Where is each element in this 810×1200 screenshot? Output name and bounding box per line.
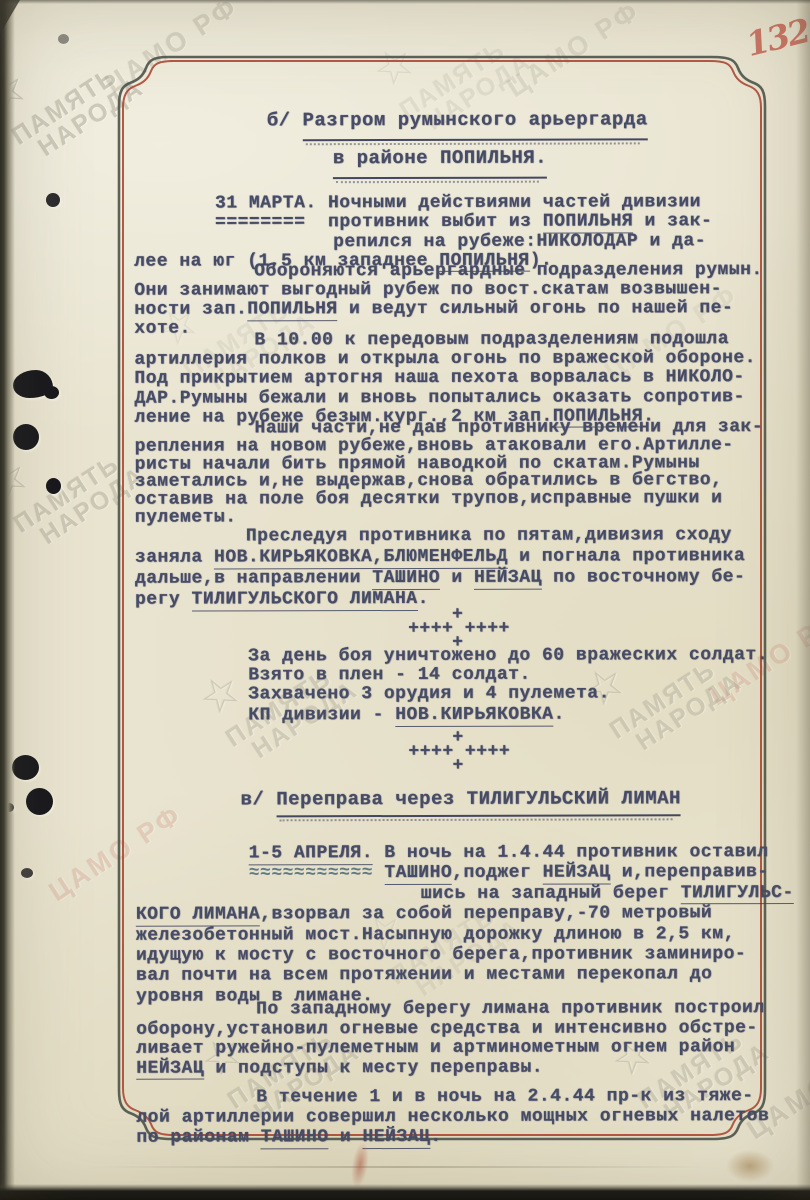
text-line: 1-5 АПРЕЛЯ. В ночь на 1.4.44 противник о…: [249, 842, 810, 864]
para-rearguard-defense: Обороняются арьергардные подразделения р…: [0, 261, 809, 339]
typewritten-text: б/ Разгром румынского арьергардав районе…: [0, 0, 810, 1200]
underlined-place-name: ТИЛИГУЛЬС-: [681, 883, 794, 905]
underlined-place-name: НОВ.КИРЬЯКОВКА,БЛЮМЕНФЕЛЬД: [214, 547, 508, 569]
text-segment: ДАР.Румыны бежали и вновь попытались ока…: [134, 387, 744, 409]
text-segment: и подступы к месту переправы.: [204, 1057, 543, 1078]
text-segment: и зак-: [633, 211, 712, 231]
scan-edge-right: [796, 0, 810, 1200]
text-segment: ,взорвал за собой переправу,-70 метровый: [260, 903, 712, 924]
punch-hole: [13, 424, 39, 450]
text-segment: КП дивизии -: [248, 705, 395, 725]
text-segment: За день боя уничтожено до 60 вражеских с…: [248, 645, 768, 666]
text-segment: б/: [267, 109, 303, 131]
text-line: ++++ ++++: [408, 621, 810, 636]
text-segment: ========: [215, 213, 305, 233]
text-line: в/ Переправа через ТИЛИГУЛЬСКИЙ ЛИМАН: [240, 783, 810, 817]
punch-hole: [46, 193, 60, 207]
text-segment: Взято в плен - 14 солдат.: [248, 665, 531, 686]
underlined-place-name: ТАШИНО: [384, 863, 452, 885]
text-segment: В течение 1 и в ночь на 2.4.44 пр-к из т…: [256, 1086, 753, 1107]
punch-hole: [46, 478, 61, 494]
text-line: ≈≈≈≈≈≈≈≈≈≈≈ ТАШИНО,поджег НЕЙЗАЦ и,переп…: [249, 862, 810, 884]
underlined-place-name: ПОПИЛЬНЯ: [247, 299, 337, 321]
text-line: шись на западный берег ТИЛИГУЛЬС-: [421, 883, 810, 904]
text-segment: репился на рубеже:НИКОЛОДАР и да-: [333, 231, 706, 252]
text-segment: .: [430, 1127, 441, 1147]
document-page: ЦАМО РФ☆ПАМЯТЬНАРОДА☆ПАМЯТЬНАРОДАЦАМО РФ…: [0, 0, 810, 1200]
text-segment: Разгром румынского арьергарда: [302, 102, 647, 141]
underlined-place-name: НОВ.КИРЬЯКОВКА: [395, 705, 553, 727]
text-line: дальше,в направлении ТАШИНО и НЕЙЗАЦ по …: [135, 567, 810, 590]
text-line: КОГО ЛИМАНА,взорвал за собой переправу,-…: [136, 903, 810, 925]
text-segment: вал почти на всем протяжении и местами п…: [136, 965, 712, 987]
text-segment: 31 МАРТА.: [215, 193, 317, 213]
text-segment: В 10.00 к передовым подразделениям подош…: [254, 329, 729, 350]
text-segment: В ночь на 1.4.44 противник оставил: [373, 842, 769, 863]
text-segment: .: [553, 705, 564, 725]
text-line: репился на рубеже:НИКОЛОДАР и да-: [333, 232, 809, 253]
text-segment: и ведут сильный огонь по нашей пе-: [338, 298, 734, 319]
text-segment: и: [440, 568, 474, 588]
punch-hole: [12, 755, 39, 780]
text-line: НЕЙЗАЦ и подступы к месту переправы.: [136, 1058, 810, 1079]
para-renewed-attack: Наши части,не дав противнику времени для…: [0, 419, 810, 528]
text-segment: и погнала противника: [508, 546, 745, 567]
underlined-place-name: ТАШИНО: [261, 1127, 329, 1149]
text-segment: идущую к мосту с восточного берега,проти…: [136, 944, 746, 966]
text-line: Взято в плен - 14 солдат.: [248, 665, 810, 685]
underlined-place-name: ТАШИНО: [372, 568, 440, 590]
underlined-place-name: НЕЙЗАЦ: [362, 1127, 430, 1149]
text-line: идущую к мосту с восточного берега,проти…: [136, 944, 810, 966]
text-segment: лой артиллерии совершил несколько мощных…: [136, 1106, 769, 1128]
text-segment: и,переправив-: [610, 862, 768, 882]
text-segment: Под прикрытием артогня наша пехота ворва…: [134, 368, 744, 390]
para-artillery-assault: В 10.00 к передовым подразделениям подош…: [0, 330, 810, 428]
text-line: Преследуя противника по пятам,дивизия сх…: [246, 525, 810, 547]
text-line: б/ Разгром румынского арьергарда: [267, 102, 809, 141]
text-segment: противник выбит из: [305, 212, 542, 233]
text-segment: По западному берегу лимана противник пос…: [256, 998, 765, 1019]
text-segment: по восточному бе-: [542, 567, 745, 588]
text-line: вал почти на всем протяжении и местами п…: [136, 964, 810, 986]
text-line: ности зап.ПОПИЛЬНЯ и ведут сильный огонь…: [134, 299, 809, 320]
text-segment: в/: [240, 788, 276, 810]
text-line: железобетонный мост.Насыпную дорожку дли…: [136, 924, 810, 946]
text-segment: регу: [135, 590, 192, 610]
text-segment: [373, 863, 384, 883]
text-segment: Преследуя противника по пятам,дивизия сх…: [246, 525, 732, 546]
text-line: в районе ПОПИЛЬНЯ.: [333, 140, 809, 179]
text-line: по районам ТАШИНО и НЕЙЗАЦ.: [136, 1126, 810, 1148]
text-line: ======== противник выбит из ПОПИЛЬНЯ и з…: [215, 212, 809, 233]
scan-edge-left: [0, 0, 16, 1200]
text-line: 31 МАРТА. Ночными действиями частей диви…: [215, 193, 809, 214]
para-april-1-5: 1-5 АПРЕЛЯ. В ночь на 1.4.44 противник о…: [1, 842, 810, 1007]
text-line: За день боя уничтожено до 60 вражеских с…: [248, 646, 810, 666]
text-line: заняла НОВ.КИРЬЯКОВКА,БЛЮМЕНФЕЛЬД и погн…: [135, 546, 810, 569]
text-segment: Обороняются арьергардные подразделения р…: [254, 260, 763, 281]
text-segment: +: [452, 756, 463, 776]
punch-hole: [26, 788, 53, 815]
text-segment: железобетонный мост.Насыпную дорожку дли…: [136, 924, 735, 946]
text-segment: .: [418, 589, 429, 609]
section-b-heading: б/ Разгром румынского арьергардав районе…: [0, 102, 809, 180]
scan-edge-top: [0, 0, 810, 4]
text-segment: ливает ружейно-пулеметным и артминометны…: [136, 1037, 735, 1059]
separator-2: +++++ +++++: [0, 730, 810, 774]
text-segment: артиллерия полков и открыла огонь по вра…: [134, 348, 756, 370]
para-artillery-raids: В течение 1 и в ночь на 2.4.44 пр-к из т…: [1, 1086, 810, 1148]
punch-hole: [44, 386, 59, 399]
text-line: ++++ ++++: [408, 744, 810, 759]
text-segment: Захвачено 3 орудия и 4 пулемета.: [248, 683, 610, 704]
text-segment: ,поджег: [452, 863, 542, 883]
section-v-heading: в/ Переправа через ТИЛИГУЛЬСКИЙ ЛИМАН: [0, 783, 810, 818]
command-post-line: КП дивизии - НОВ.КИРЬЯКОВКА.: [0, 705, 810, 726]
text-line: ливает ружейно-пулеметным и артминометны…: [136, 1038, 810, 1059]
text-line: КП дивизии - НОВ.КИРЬЯКОВКА.: [248, 705, 810, 725]
text-segment: Переправа через ТИЛИГУЛЬСКИЙ ЛИМАН: [276, 783, 681, 817]
text-segment: Ночными действиями частей дивизии: [317, 192, 701, 213]
text-segment: ≈≈≈≈≈≈≈≈≈≈≈: [249, 863, 373, 883]
punch-hole: [58, 34, 69, 44]
underlined-place-name: НЕЙЗАЦ: [136, 1058, 204, 1080]
text-segment: пулеметы.: [135, 507, 237, 527]
text-segment: в районе ПОПИЛЬНЯ.: [333, 141, 547, 180]
crease-line: [90, 1166, 710, 1168]
text-segment: ности зап.: [134, 299, 247, 319]
underlined-place-name: НЕЙЗАЦ: [543, 863, 611, 885]
stain-brown: [726, 1150, 774, 1182]
underlined-place-name: 1-5 АПРЕЛЯ.: [249, 843, 373, 865]
para-west-bank: По западному берегу лимана противник пос…: [1, 999, 810, 1079]
text-line: Обороняются арьергардные подразделения р…: [254, 261, 809, 281]
underlined-place-name: КОГО ЛИМАНА: [136, 905, 260, 927]
text-segment: дальше,в направлении: [135, 568, 372, 589]
text-segment: заняла: [135, 547, 214, 567]
scan-edge-bottom: [0, 1184, 810, 1200]
text-line: ДАР.Румыны бежали и вновь попытались ока…: [134, 388, 809, 409]
text-line: В течение 1 и в ночь на 2.4.44 пр-к из т…: [256, 1086, 810, 1107]
text-segment: оборону,установил огневые средства и инт…: [136, 1018, 758, 1040]
text-segment: шись на западный берег: [421, 883, 681, 904]
underlined-place-name: НЕЙЗАЦ: [474, 568, 542, 590]
battle-results: За день боя уничтожено до 60 вражеских с…: [0, 646, 810, 705]
text-line: Захвачено 3 орудия и 4 пулемета.: [248, 684, 810, 704]
punch-hole: [21, 868, 33, 878]
text-segment: по районам: [136, 1127, 260, 1147]
para-pursuit: Преследуя противника по пятам,дивизия сх…: [0, 525, 810, 611]
text-line: лой артиллерии совершил несколько мощных…: [136, 1106, 810, 1128]
